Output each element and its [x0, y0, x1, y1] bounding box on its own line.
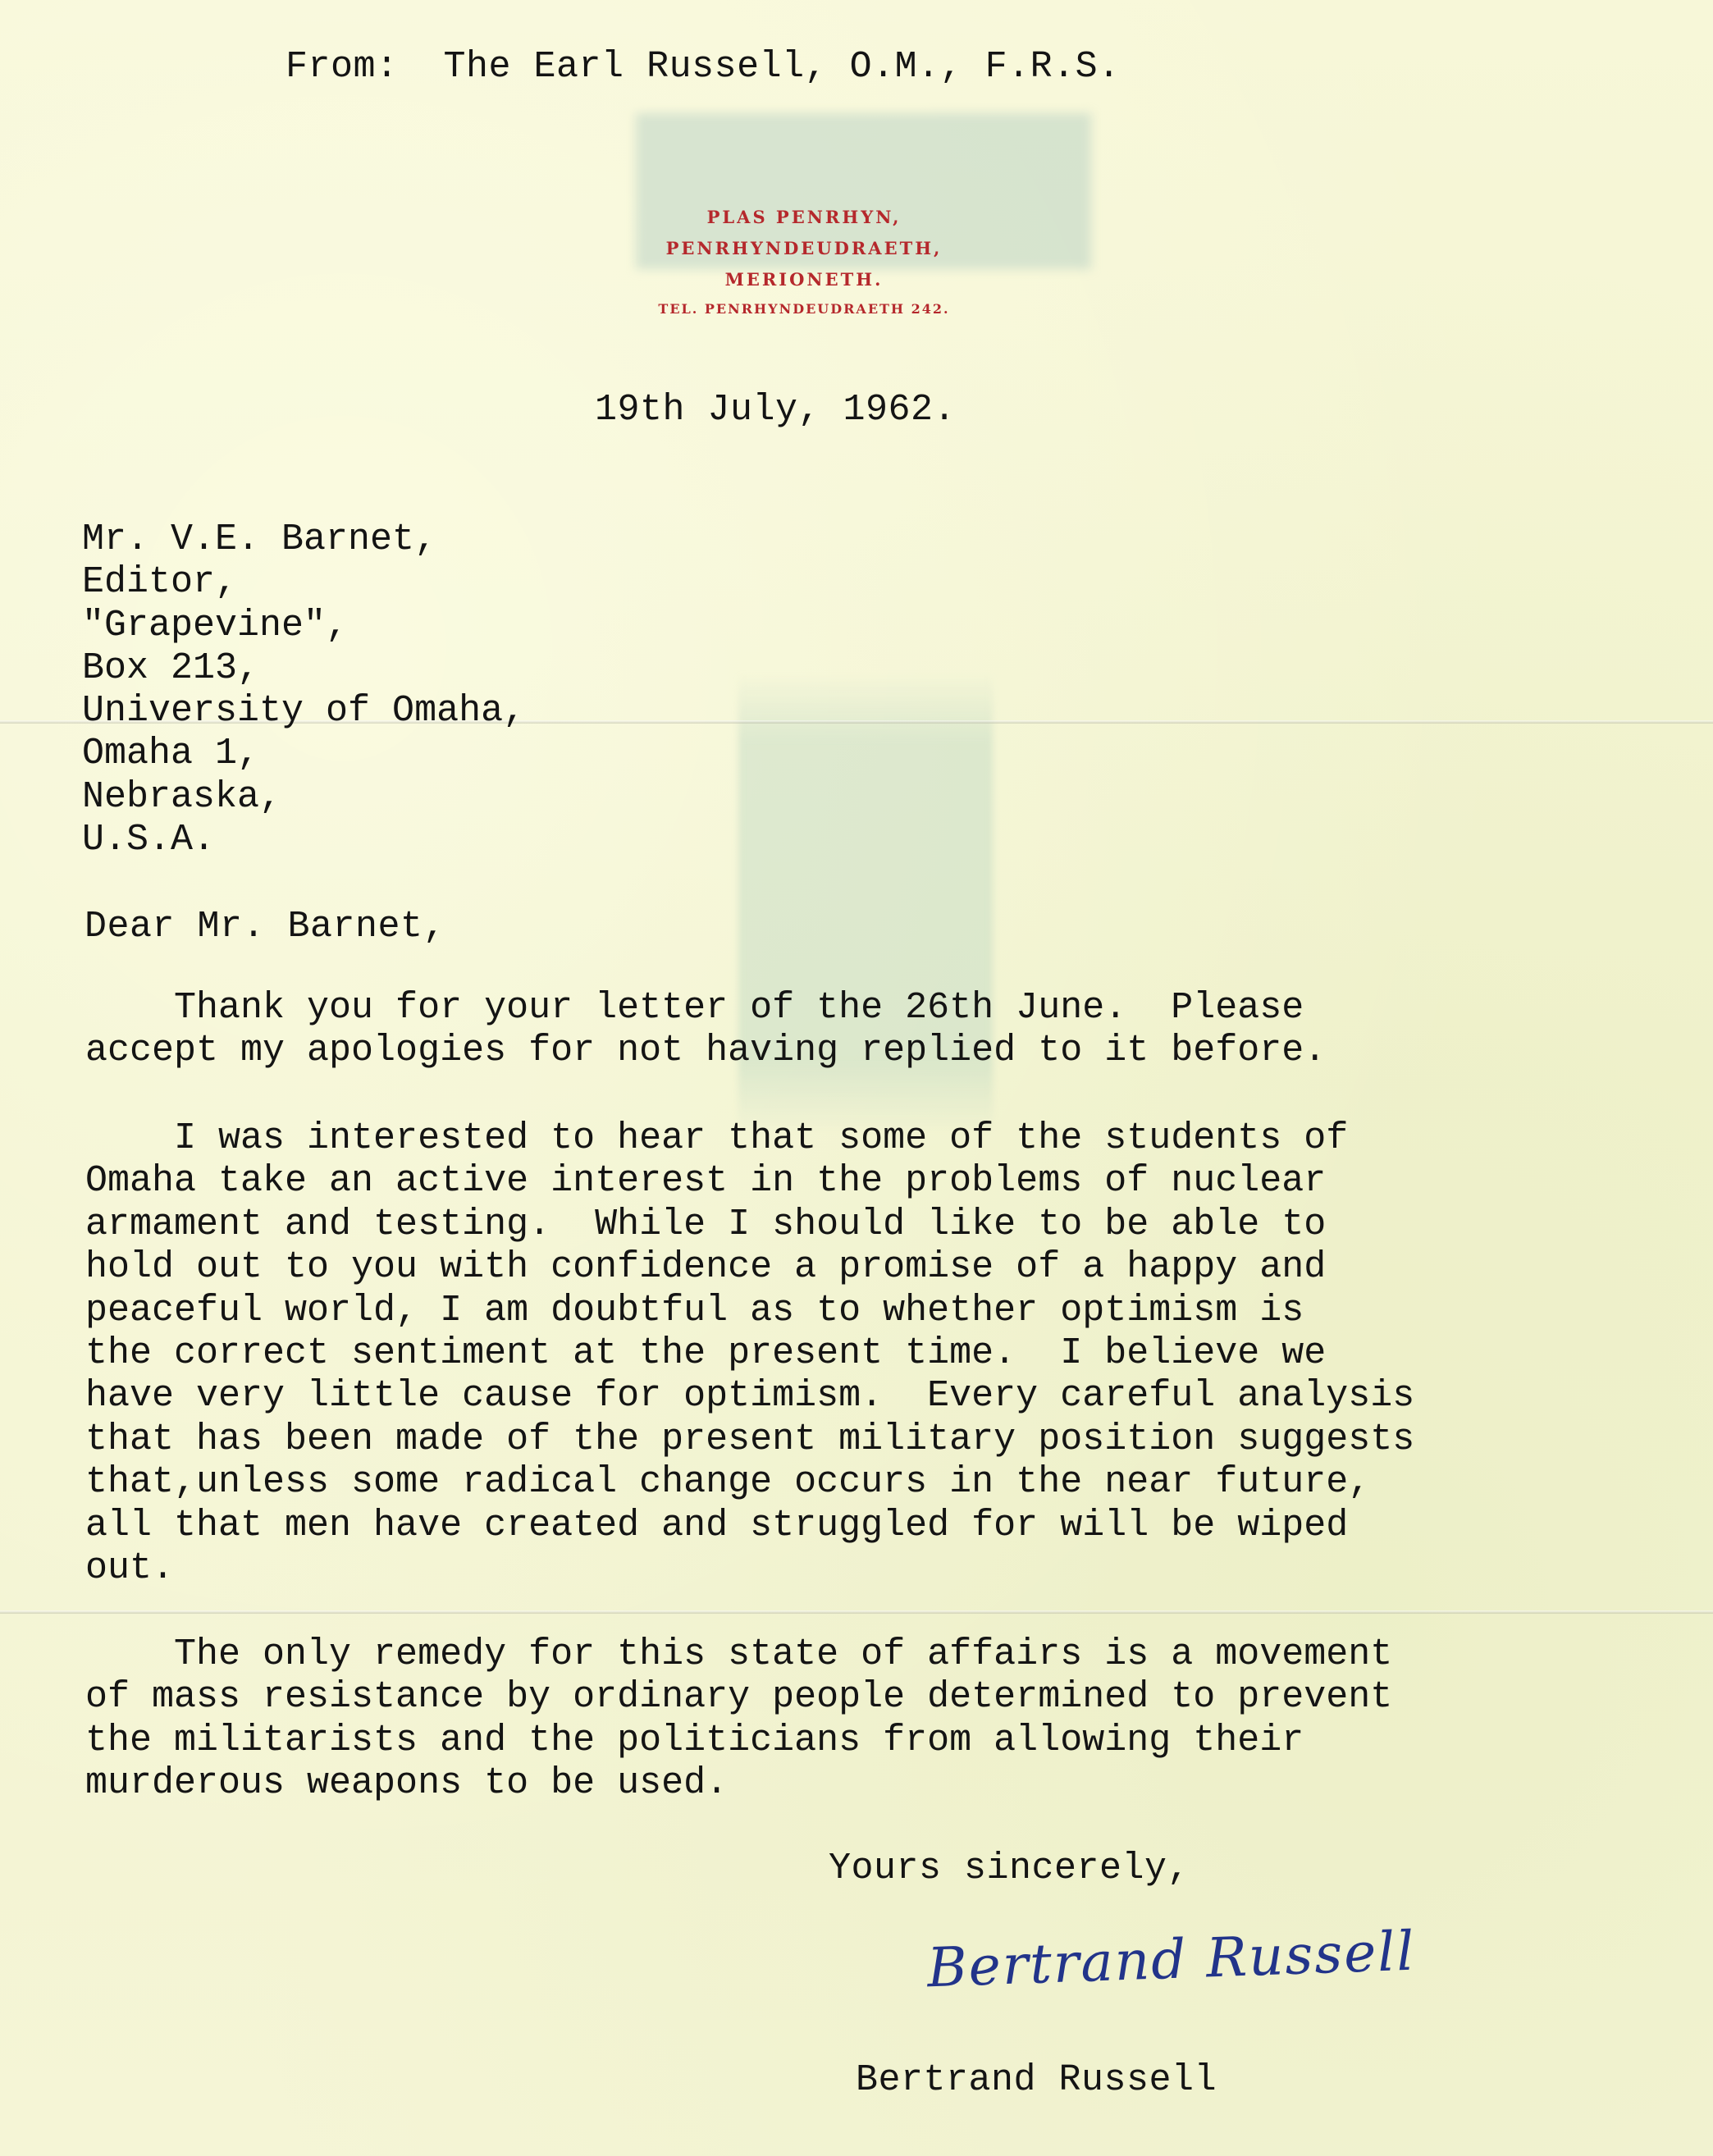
recipient-address: Mr. V.E. Barnet, Editor, "Grapevine", Bo… [82, 518, 525, 861]
recipient-publication: "Grapevine", [82, 605, 525, 647]
body-line: murderous weapons to be used. [85, 1762, 1644, 1805]
body-line: Thank you for your letter of the 26th Ju… [85, 987, 1644, 1030]
body-paragraph-1: Thank you for your letter of the 26th Ju… [85, 987, 1644, 1073]
body-line: of mass resistance by ordinary people de… [85, 1676, 1644, 1719]
body-line: out. [85, 1547, 1644, 1590]
recipient-box: Box 213, [82, 647, 525, 690]
recipient-name: Mr. V.E. Barnet, [82, 518, 525, 561]
closing: Yours sincerely, [829, 1848, 1190, 1890]
body-line: Omaha take an active interest in the pro… [85, 1160, 1644, 1203]
salutation: Dear Mr. Barnet, [85, 906, 445, 948]
recipient-city: Omaha 1, [82, 733, 525, 775]
letterhead: PLAS PENRHYN, PENRHYNDEUDRAETH, MERIONET… [574, 202, 1034, 323]
letterhead-county: MERIONETH. [574, 264, 1034, 295]
typed-signatory-name: Bertrand Russell [856, 2059, 1217, 2102]
body-line: all that men have created and struggled … [85, 1505, 1644, 1547]
recipient-university: University of Omaha, [82, 690, 525, 733]
body-line: that,unless some radical change occurs i… [85, 1461, 1644, 1504]
letterhead-telephone: TEL. PENRHYNDEUDRAETH 242. [574, 295, 1034, 323]
fold-line-lower [0, 1610, 1713, 1614]
letterhead-town: PENRHYNDEUDRAETH, [574, 233, 1034, 264]
recipient-country: U.S.A. [82, 819, 525, 861]
letter-page: From: The Earl Russell, O.M., F.R.S. PLA… [0, 0, 1713, 2156]
body-line: the militarists and the politicians from… [85, 1720, 1644, 1762]
body-line: armament and testing. While I should lik… [85, 1204, 1644, 1246]
body-line: hold out to you with confidence a promis… [85, 1246, 1644, 1289]
handwritten-signature: Bertrand Russell [926, 1920, 1417, 2000]
recipient-state: Nebraska, [82, 776, 525, 819]
letterhead-house: PLAS PENRHYN, [574, 202, 1034, 233]
body-line: I was interested to hear that some of th… [85, 1117, 1644, 1160]
body-line: that has been made of the present milita… [85, 1418, 1644, 1461]
body-line: accept my apologies for not having repli… [85, 1030, 1644, 1072]
body-paragraph-2: I was interested to hear that some of th… [85, 1117, 1644, 1590]
body-paragraph-3: The only remedy for this state of affair… [85, 1633, 1644, 1806]
body-line: have very little cause for optimism. Eve… [85, 1375, 1644, 1418]
body-line: the correct sentiment at the present tim… [85, 1332, 1644, 1375]
from-line: From: The Earl Russell, O.M., F.R.S. [285, 46, 1121, 89]
body-line: peaceful world, I am doubtful as to whet… [85, 1290, 1644, 1332]
body-line: The only remedy for this state of affair… [85, 1633, 1644, 1676]
letter-date: 19th July, 1962. [595, 389, 956, 432]
recipient-title: Editor, [82, 561, 525, 604]
